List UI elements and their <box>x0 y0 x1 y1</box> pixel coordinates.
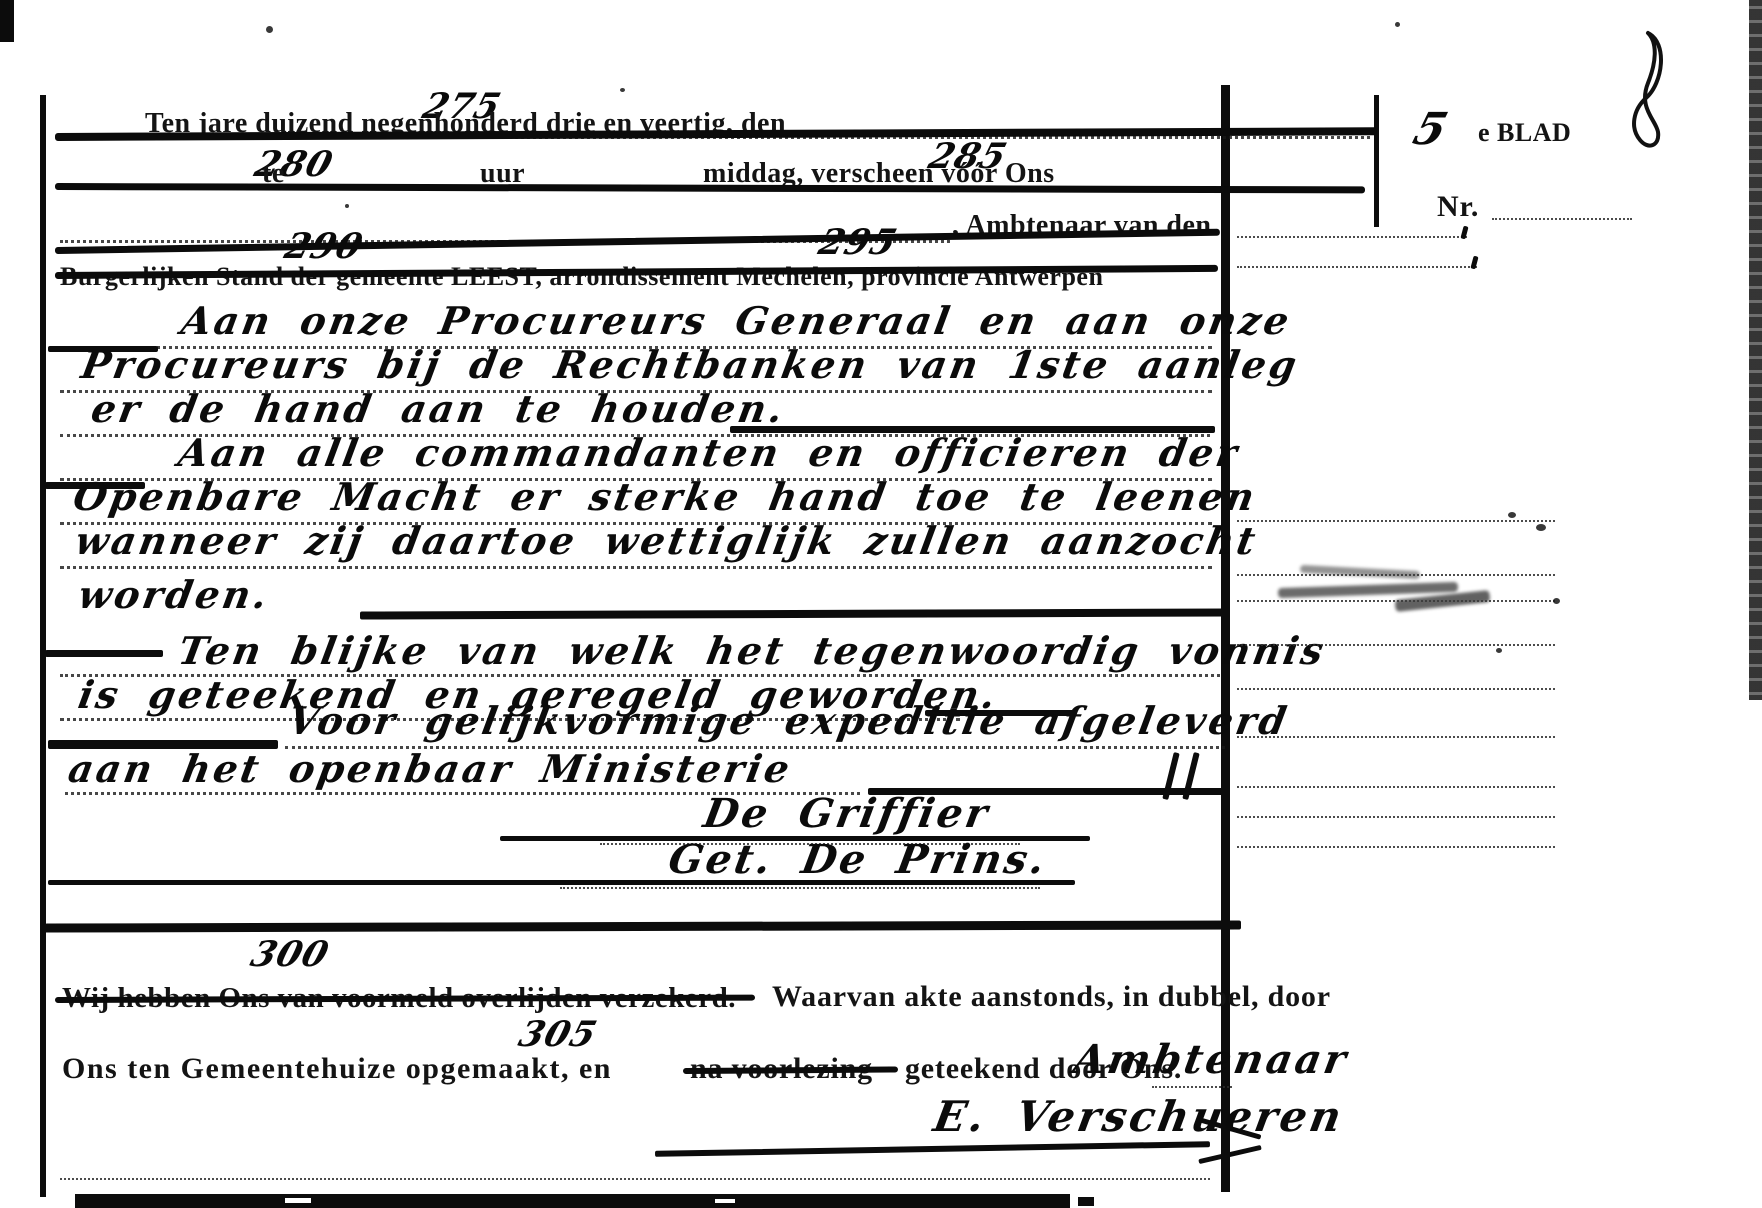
hw-line-p1l3: er de hand aan te houden. <box>88 386 789 431</box>
margin-number-305: 305 <box>514 1014 602 1055</box>
scan-speck <box>266 26 273 33</box>
strike-line2 <box>55 183 1365 193</box>
margin-line <box>1237 736 1555 738</box>
margin-line <box>1237 688 1555 690</box>
margin-number-295: 295 <box>814 222 902 263</box>
paraph-flourish <box>1618 28 1678 158</box>
band-notch <box>715 1199 735 1203</box>
margin-number-285: 285 <box>924 136 1012 177</box>
hw-line-p4l1: Voor gelijkvormige expeditie afgeleverd <box>285 698 1293 743</box>
margin-line <box>1237 644 1555 646</box>
hw-line-p2l3: wanneer zij daartoe wettiglijk zullen aa… <box>72 518 1262 563</box>
hw-line-p3l1: Ten blijke van welk het tegenwoordig von… <box>175 628 1330 673</box>
hw-line-p2l2: Openbare Macht er sterke hand toe te lee… <box>70 474 1261 519</box>
bottom-dotted-line <box>60 1178 1210 1180</box>
section-heavy-rule <box>45 920 1241 932</box>
margin-line <box>1237 236 1467 238</box>
bottom-cutoff-band <box>75 1194 1070 1208</box>
band-notch <box>285 1198 311 1203</box>
form-left-border <box>40 95 46 1197</box>
scan-speck <box>1508 512 1516 518</box>
scan-speck <box>1395 22 1400 27</box>
margin-line <box>1237 786 1555 788</box>
nr-label: Nr. <box>1437 190 1479 224</box>
ink-smudge <box>1300 565 1420 579</box>
hw-line-p1l2: Procureurs bij de Rechtbanken van 1ste a… <box>78 342 1303 387</box>
signature-underline <box>655 1141 1210 1157</box>
scan-speck <box>1496 648 1502 653</box>
hw-line-p2l4: worden. <box>75 572 274 617</box>
margin-line <box>1237 520 1555 522</box>
hw-dash-3 <box>45 650 163 657</box>
scanned-civil-registry-page: 5 e BLAD Nr. 275 Ten jare duizend negenh… <box>0 0 1762 1208</box>
scan-right-edge-band <box>1749 0 1762 700</box>
nr-dotted-line <box>1492 218 1632 220</box>
scan-corner-blob <box>0 0 14 42</box>
margin-line <box>1237 846 1555 848</box>
footer-ons-ten: Ons ten Gemeentehuize opgemaakt, en <box>62 1052 612 1086</box>
margin-line <box>1237 266 1477 268</box>
footer-dotted-after-ons <box>1152 1086 1232 1088</box>
clerk-title-handwritten: Ambtenaar <box>1070 1036 1353 1083</box>
hw-line-p1l1: Aan onze Procureurs Generaal en aan onze <box>178 298 1295 343</box>
hw-rule-after-worden <box>360 608 1230 619</box>
hw-line-p4l2: aan het openbaar Ministerie <box>65 746 796 791</box>
scan-speck <box>1553 598 1560 604</box>
margin-tick <box>1460 226 1468 240</box>
scan-speck <box>1536 524 1546 531</box>
margin-number-300: 300 <box>246 934 334 975</box>
hw-line-p2l1: Aan alle commandanten en officieren der <box>175 430 1243 475</box>
hw-guide-6 <box>60 566 1212 569</box>
scan-speck <box>345 204 349 208</box>
margin-number-290: 290 <box>280 226 368 267</box>
blad-label: e BLAD <box>1478 118 1571 148</box>
griffier-line: De Griffier <box>700 790 994 837</box>
margin-tick <box>1470 256 1478 270</box>
bottom-cutoff-bit <box>1078 1197 1094 1206</box>
blad-number-handwritten: 5 <box>1408 104 1454 155</box>
get-signature-line: Get. De Prins. <box>665 836 1051 883</box>
margin-tick-vertical <box>1374 95 1379 227</box>
margin-line <box>1237 816 1555 818</box>
scan-speck <box>620 88 625 92</box>
signature-flourish-bottom <box>1198 1145 1261 1164</box>
footer-waarvan: Waarvan akte aanstonds, in dubbel, door <box>772 980 1331 1014</box>
get-dotted <box>560 887 1040 889</box>
clerk-signature: E. Verschueren <box>930 1092 1348 1141</box>
